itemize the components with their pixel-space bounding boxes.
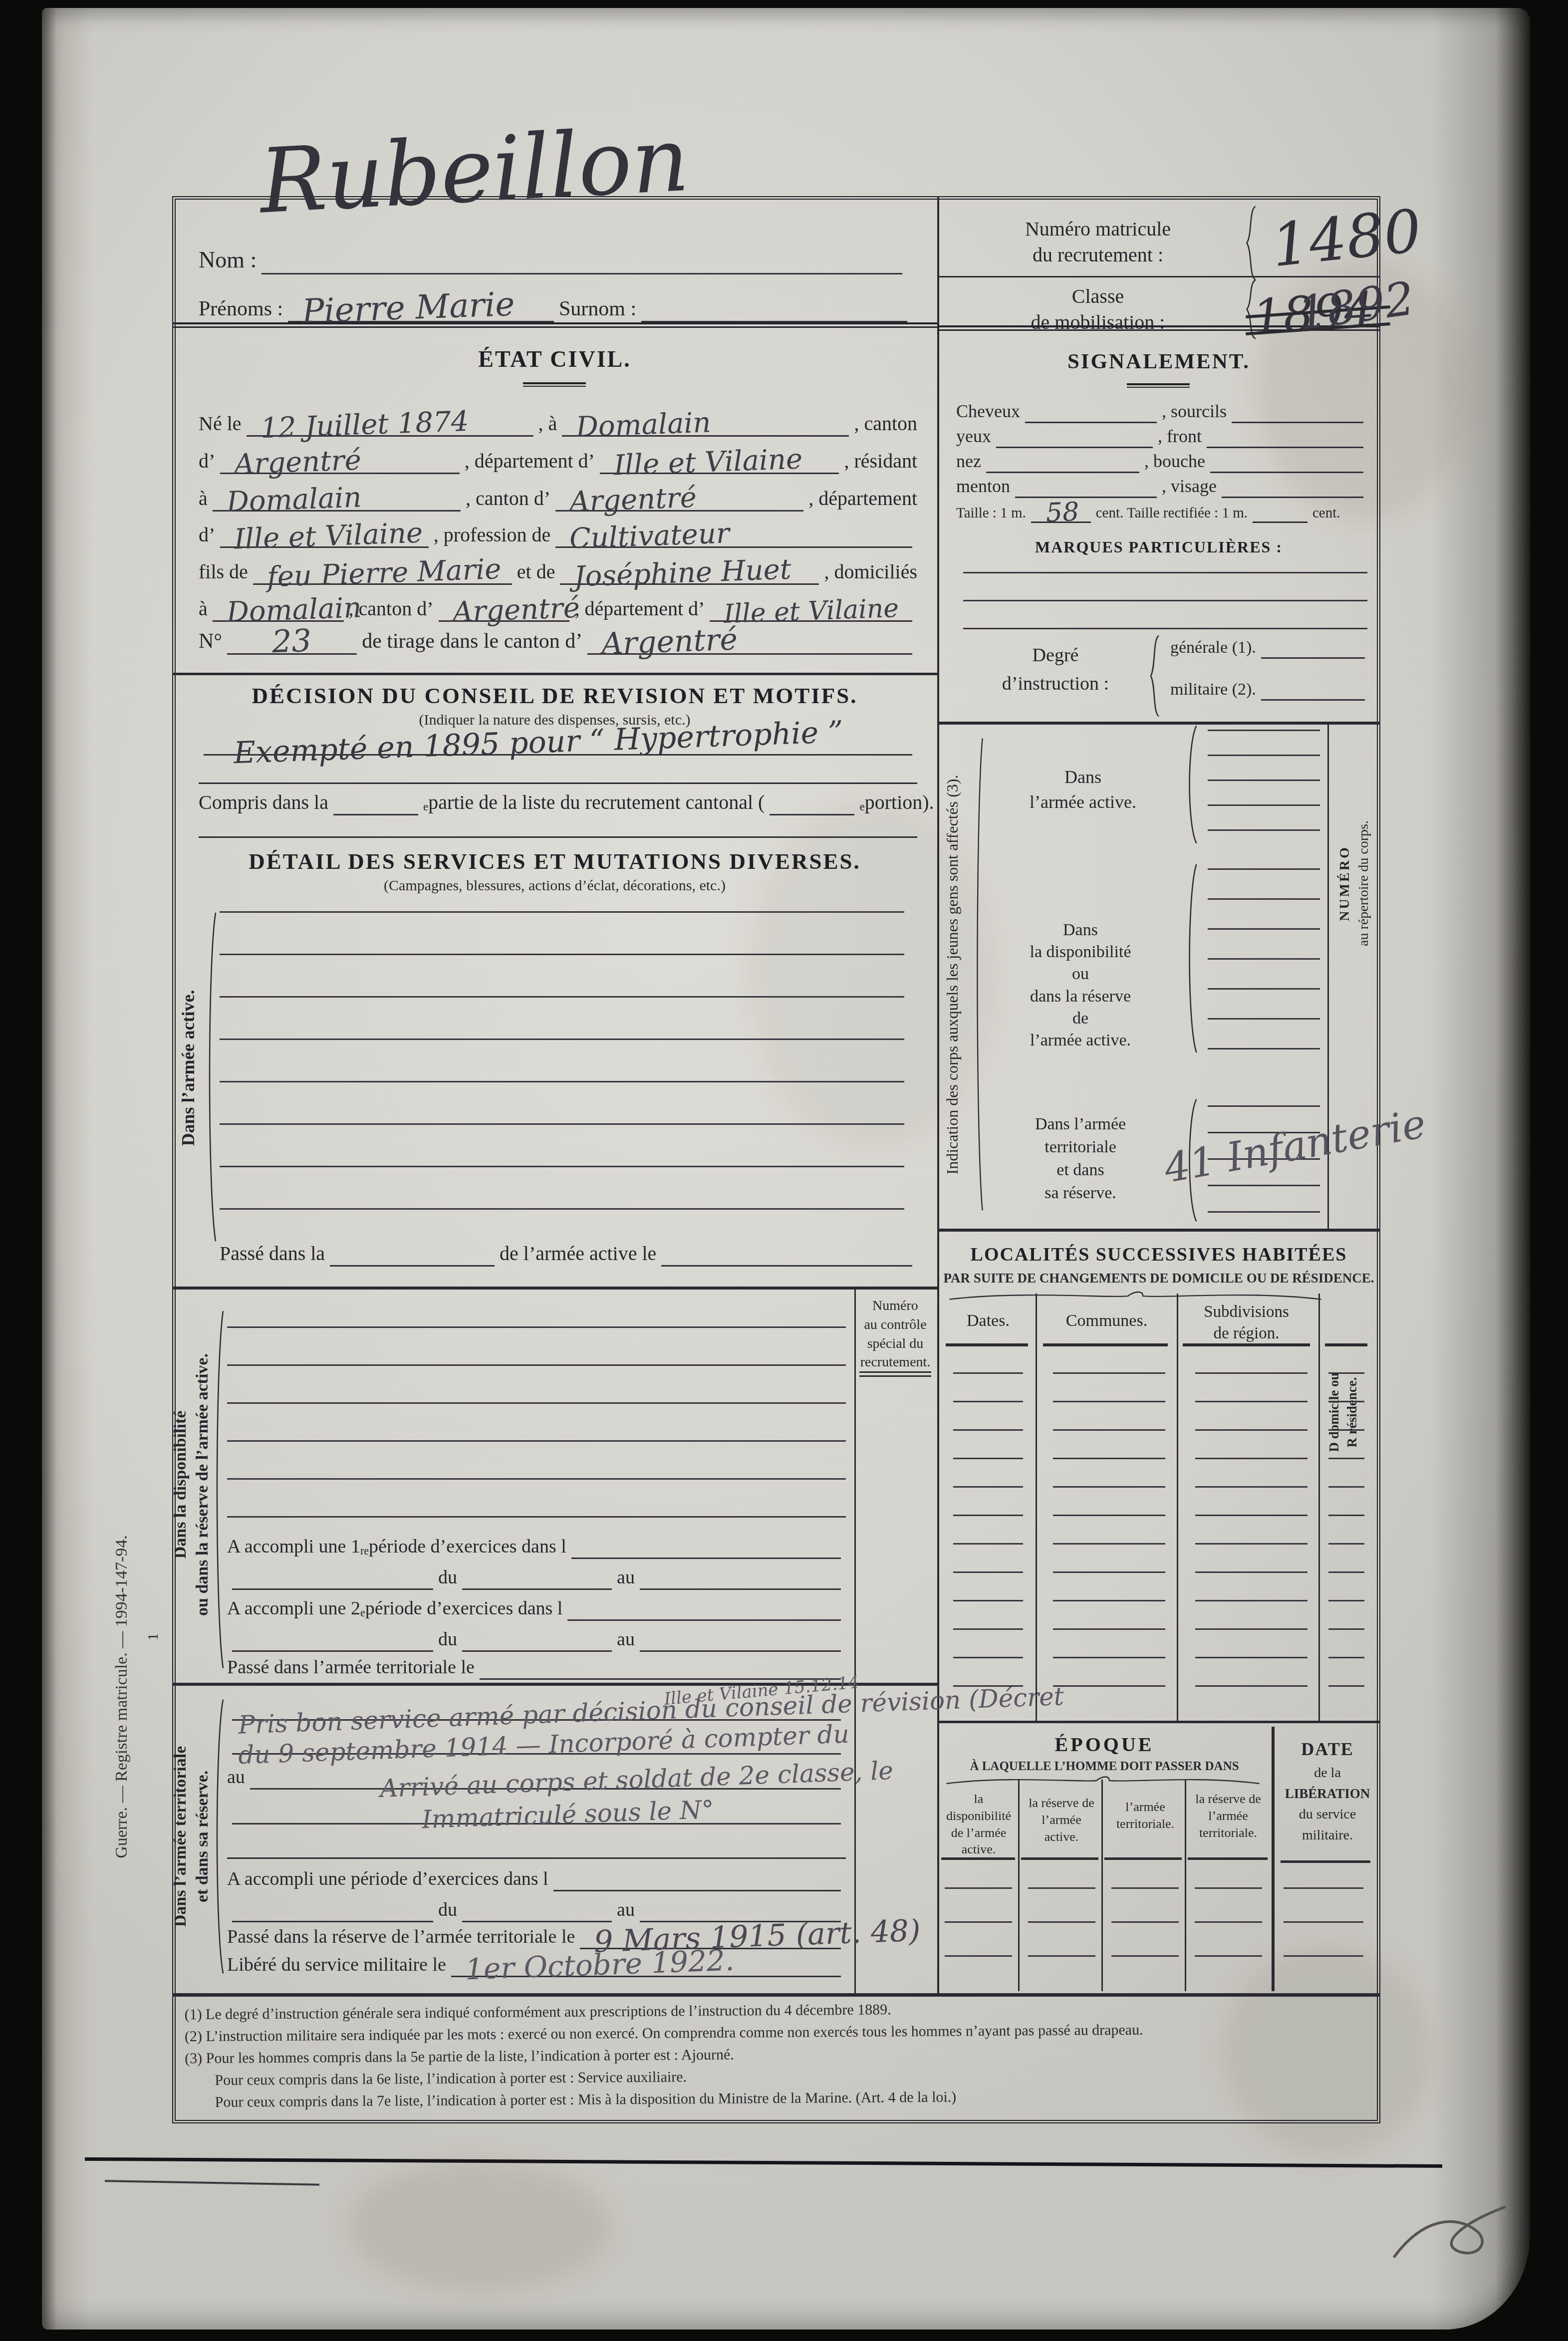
table-line <box>1318 1294 1320 1721</box>
details-title: DÉTAIL DES SERVICES ET MUTATIONS DIVERSE… <box>172 848 937 874</box>
prenoms-row: Prénoms : Pierre Marie Surnom : <box>199 282 912 322</box>
label: portion). <box>865 790 934 815</box>
blank-line: Argentré <box>555 510 803 512</box>
label: , canton <box>854 412 917 437</box>
label: , département <box>808 487 917 512</box>
table-head-rule <box>1104 1857 1182 1860</box>
prenoms-label: Prénoms : <box>199 297 283 322</box>
localites-title: LOCALITÉS SUCCESSIVES HABITÉES <box>937 1244 1380 1266</box>
degre-generale-row: générale (1). <box>1170 623 1370 659</box>
localites-col-dates: Dates. <box>943 1311 1033 1330</box>
label: Numéro <box>857 1297 933 1315</box>
label: Libéré du service militaire le <box>227 1954 446 1977</box>
label: l’armée active. <box>1001 789 1165 814</box>
table-line <box>1101 1780 1103 1991</box>
table-head-rule <box>941 1857 1015 1860</box>
localites-subtitle: PAR SUITE DE CHANGEMENTS DE DOMICILE OU … <box>937 1271 1380 1286</box>
label: de <box>996 1008 1165 1030</box>
label: N° <box>199 629 222 655</box>
table-head-rule <box>1043 1343 1168 1346</box>
corps-side-label: Indication des corps auxquels les jeunes… <box>943 728 962 1222</box>
horizontal-brace-icon <box>946 1289 1325 1301</box>
label: d’ <box>199 449 215 474</box>
label: Dans <box>996 919 1165 941</box>
table-line <box>1185 1780 1186 1991</box>
label: cent. Taille rectifiée : 1 m. <box>1096 505 1248 523</box>
dispo-side-label: Dans la disponibilité ou dans la réserve… <box>170 1290 214 1679</box>
nom-row: Nom : <box>199 235 907 274</box>
controle-header: Numéro au contrôle spécial du recrutemen… <box>857 1297 933 1372</box>
repertoire-side-label: NUMÉRO au répertoire du corps. <box>1335 731 1373 1036</box>
blank-rule <box>199 836 917 838</box>
label: NUMÉRO <box>1335 731 1354 1036</box>
brace-icon <box>1184 725 1199 844</box>
blank-lines-area <box>1208 868 1320 1050</box>
tirage-row: N° 23 de tirage dans le canton d’ Argent… <box>199 618 917 655</box>
label: l’armée active. <box>996 1030 1165 1051</box>
corps-group3-label: Dans l’armée territoriale et dans sa rés… <box>996 1113 1165 1205</box>
table-row-lines <box>1195 1372 1307 1688</box>
nom-label: Nom : <box>199 247 257 274</box>
blank-line: 23 <box>227 653 357 655</box>
signalement-title: SIGNALEMENT. <box>937 349 1380 374</box>
label: au contrôle <box>857 1315 933 1334</box>
corps-group1-label: Dans l’armée active. <box>1001 765 1165 815</box>
classe-label-line1: Classe <box>958 283 1238 309</box>
label: fils de <box>199 560 248 585</box>
label: , à <box>538 412 557 437</box>
label: Passé dans la <box>220 1242 325 1267</box>
table-line <box>1018 1780 1020 1991</box>
degre-label: Degré d’instruction : <box>973 641 1138 698</box>
brace-icon <box>1184 862 1199 1054</box>
handwritten-value: 58 <box>1045 497 1079 528</box>
label: de tirage dans le canton d’ <box>362 629 582 655</box>
etat-civil-row-6: à Domalain , canton d’ Argentré , départ… <box>199 586 917 622</box>
label: e <box>423 800 428 815</box>
label: Subdivisions <box>1178 1301 1315 1323</box>
passe-armee-active-row: Passé dans la de l’armée active le <box>220 1230 917 1267</box>
label: au répertoire du corps. <box>1354 731 1373 1036</box>
handwritten-value: Argentré <box>601 622 738 661</box>
horizontal-brace-icon <box>943 1774 1263 1786</box>
label: DATE <box>1278 1736 1377 1763</box>
brace-icon <box>1148 635 1161 717</box>
blank-line <box>1253 521 1307 523</box>
blank-lines-area <box>1208 730 1320 832</box>
label: sa réserve. <box>996 1182 1165 1205</box>
table-line <box>1177 1294 1178 1721</box>
corps-rule <box>937 1229 1380 1232</box>
blank-line <box>1261 657 1365 659</box>
label: au <box>227 1766 245 1790</box>
blank-line: Ille et Vilaine <box>220 546 428 548</box>
territoriale-side-label: Dans l’armée territoriale et dans sa rés… <box>170 1687 214 1986</box>
table-line <box>1036 1294 1037 1721</box>
label: et de <box>517 560 555 585</box>
label: , profession de <box>434 523 550 548</box>
page-number: 1 <box>145 1633 161 1641</box>
footnote-3: (3) Pour les hommes compris dans la 5e p… <box>185 2042 1372 2068</box>
footnote-rule <box>172 1993 1380 1997</box>
label: , canton d’ <box>466 487 550 512</box>
nom-blank-line <box>261 273 902 274</box>
blank-line: feu Pierre Marie <box>253 583 512 585</box>
table-row-lines <box>1028 1887 1095 1972</box>
brace-icon <box>1244 206 1258 280</box>
passe-territoriale-row: Passé dans l’armée territoriale le <box>227 1643 846 1680</box>
label: Passé dans l’armée territoriale le <box>227 1656 475 1680</box>
classe-label: Classe de mobilisation : <box>958 283 1238 335</box>
blank-lines-area <box>227 1326 846 1519</box>
label: cent. <box>1312 505 1340 523</box>
matricule-label-line2: du recrutement : <box>958 242 1238 268</box>
blank-line: Domalain <box>213 510 461 512</box>
label: de la <box>1278 1763 1377 1784</box>
label: ou <box>996 963 1165 985</box>
margin-imprint-text: Guerre. — Registre matricule. — 1994-147… <box>112 1535 131 1858</box>
blank-lines-area <box>220 911 904 1211</box>
decision-title: DÉCISION DU CONSEIL DE REVISION ET MOTIF… <box>172 683 937 709</box>
label: et dans <box>996 1159 1165 1182</box>
label: Dans <box>1001 765 1165 789</box>
label: d’ <box>199 523 215 548</box>
blank-line <box>330 1265 495 1267</box>
blank-line: 1er Octobre 1922. <box>451 1976 841 1977</box>
label: , résidant <box>844 449 917 474</box>
column-divider <box>937 196 939 1993</box>
blank-line: Argentré <box>587 653 912 655</box>
footnote-2: (2) L’instruction militaire sera indiqué… <box>185 2020 1372 2046</box>
blank-line <box>1261 699 1365 701</box>
label: Indication des corps auxquels les jeunes… <box>943 775 961 1175</box>
paper-stain <box>349 2161 609 2291</box>
blank-line: Domalain <box>562 435 849 437</box>
blank-line <box>770 814 854 815</box>
label: , département d’ <box>465 449 595 474</box>
degre-rule <box>937 722 1380 725</box>
section-brace-icon <box>973 734 984 1215</box>
scanned-register-page: Guerre. — Registre matricule. — 1994-147… <box>0 0 1568 2341</box>
label: de l’armée active le <box>500 1242 656 1267</box>
label: et dans sa réserve. <box>192 1687 214 1986</box>
label: e <box>859 800 864 815</box>
label: de région. <box>1178 1323 1315 1344</box>
controle-column-line <box>854 1287 856 1993</box>
table-row-lines <box>1328 1372 1364 1688</box>
blank-line: Exempté en 1895 pour “ Hypertrophie ” <box>204 754 912 756</box>
section-rule <box>172 1287 937 1290</box>
section-brace-icon <box>212 1697 225 1976</box>
epoque-title: ÉPOQUE <box>937 1733 1272 1756</box>
blank-line: Argentré <box>220 473 460 474</box>
label: la disponibilité <box>996 941 1165 963</box>
classe-label-line2: de mobilisation : <box>958 309 1238 335</box>
epoque-col1-header: la disponibilité de l’armée active. <box>941 1791 1016 1858</box>
label: territoriale <box>996 1136 1165 1159</box>
table-head-rule <box>946 1343 1028 1346</box>
table-row-lines <box>1111 1887 1179 1972</box>
compris-row: Compris dans la e partie de la liste du … <box>199 779 917 815</box>
details-subtitle: (Campagnes, blessures, actions d’éclat, … <box>172 877 937 894</box>
label: militaire (2). <box>1170 680 1256 701</box>
label: spécial du <box>857 1334 933 1353</box>
blank-line: Ille et Vilaine <box>600 473 839 474</box>
taille-row: Taille : 1 m. 58 cent. Taille rectifiée … <box>956 487 1368 523</box>
label: Taille : 1 m. <box>956 505 1026 523</box>
etat-civil-row-5: fils de feu Pierre Marie et de Joséphine… <box>199 549 917 585</box>
section-brace-icon <box>212 1307 225 1672</box>
etat-civil-title: ÉTAT CIVIL. <box>172 346 937 372</box>
label: Degré <box>973 641 1138 670</box>
localites-col-communes: Communes. <box>1041 1311 1173 1330</box>
label: Compris dans la <box>199 790 328 815</box>
margin-page-number: 1 <box>145 1622 162 1652</box>
table-head-rule <box>1021 1857 1098 1860</box>
controle-underline <box>859 1375 931 1377</box>
blank-line: 58 <box>1031 521 1091 523</box>
label: Dans la disponibilité <box>170 1290 192 1679</box>
localites-bottom-rule <box>937 1721 1380 1723</box>
etat-civil-row-1: Né le 12 Juillet 1874 , à Domalain , can… <box>199 401 917 437</box>
etat-civil-row-2: d’ Argentré , département d’ Ille et Vil… <box>199 438 917 474</box>
label: ou dans la réserve de l’armée active. <box>192 1290 214 1679</box>
table-line-heavy <box>1272 1727 1275 1991</box>
terr-hw-row-3: au Arrivé au corps et soldat de 2e class… <box>227 1753 846 1790</box>
margin-imprint: Guerre. — Registre matricule. — 1994-147… <box>112 1322 131 2071</box>
blank-line <box>661 1265 912 1267</box>
section-brace-icon <box>205 909 218 1245</box>
label: d’instruction : <box>973 670 1138 698</box>
epoque-col3-header: l’armée territoriale. <box>1108 1799 1183 1832</box>
prenoms-value: Pierre Marie <box>301 285 516 331</box>
decision-row: Exempté en 1895 pour “ Hypertrophie ” <box>199 719 917 756</box>
label: à <box>199 487 208 512</box>
label: recrutement. <box>857 1353 933 1372</box>
table-head-rule <box>1325 1343 1367 1346</box>
blank-line: 12 Juillet 1874 <box>247 435 533 437</box>
epoque-col2-header: la réserve de l’armée active. <box>1024 1795 1099 1845</box>
header-rule <box>172 322 937 328</box>
pencil-squiggle <box>1382 2191 1517 2271</box>
marques-title: MARQUES PARTICULIÈRES : <box>937 538 1380 556</box>
armee-active-side-label: Dans l’armée active. <box>178 909 199 1227</box>
table-head-rule <box>1281 1860 1370 1863</box>
libere-row: Libéré du service militaire le 1er Octob… <box>227 1940 846 1977</box>
matricule-divider <box>937 276 1380 277</box>
label: Dans l’armée territoriale <box>170 1687 192 1986</box>
blank-line: Joséphine Huet <box>560 583 819 585</box>
table-row-lines <box>953 1372 1023 1688</box>
table-row-lines <box>1053 1372 1165 1688</box>
surnom-label: Surnom : <box>559 297 636 322</box>
blank-line: Cultivateur <box>555 546 912 548</box>
surnom-blank-line <box>641 321 907 322</box>
label: dans la réserve <box>996 986 1165 1008</box>
label: générale (1). <box>1170 638 1256 659</box>
epoque-subtitle: À LAQUELLE L’HOMME DOIT PASSER DANS <box>937 1760 1272 1774</box>
localites-col-subdivisions: Subdivisions de région. <box>1178 1301 1315 1344</box>
blank-line <box>333 814 418 815</box>
table-row-lines <box>945 1887 1012 1972</box>
matricule-label-line1: Numéro matricule <box>958 216 1238 242</box>
label: partie de la liste du recrutement canton… <box>428 790 765 815</box>
table-head-rule <box>1188 1857 1268 1860</box>
handwritten-value: 23 <box>271 622 312 660</box>
epoque-col4-header: la réserve de l’armée territoriale. <box>1191 1791 1266 1841</box>
label: Dans l’armée <box>996 1113 1165 1136</box>
title-ornament <box>523 382 586 387</box>
table-head-rule <box>1183 1343 1310 1346</box>
prenoms-blank-line: Pierre Marie <box>288 321 554 322</box>
table-row-lines <box>1195 1887 1262 1972</box>
etat-civil-row-4: d’ Ille et Vilaine , profession de Culti… <box>199 512 917 548</box>
corps-group2-label: Dans la disponibilité ou dans la réserve… <box>996 919 1165 1051</box>
matricule-label: Numéro matricule du recrutement : <box>958 216 1238 268</box>
footnotes: (1) Le degré d’instruction générale sera… <box>184 1996 1372 2089</box>
label: , domiciliés <box>824 560 917 585</box>
terr-hw-row-4: Immatriculé sous le N° <box>227 1788 846 1824</box>
label: LIBÉRATION <box>1278 1784 1377 1804</box>
label: Dans l’armée active. <box>178 990 198 1146</box>
etat-civil-row-3: à Domalain , canton d’ Argentré , départ… <box>199 476 917 512</box>
label: militaire. <box>1278 1825 1377 1846</box>
label: Né le <box>199 412 242 437</box>
table-row-lines <box>1284 1887 1363 1972</box>
epoque-date-header: DATE de la LIBÉRATION du service militai… <box>1278 1736 1377 1846</box>
label: du service <box>1278 1804 1377 1825</box>
degre-militaire-row: militaire (2). <box>1170 665 1370 701</box>
terr-hw-row-2: du 9 septembre 1914 — Incorporé à compte… <box>227 1718 846 1755</box>
blank-line: Immatriculé sous le N° <box>232 1823 841 1824</box>
tirage-rule <box>172 673 937 675</box>
